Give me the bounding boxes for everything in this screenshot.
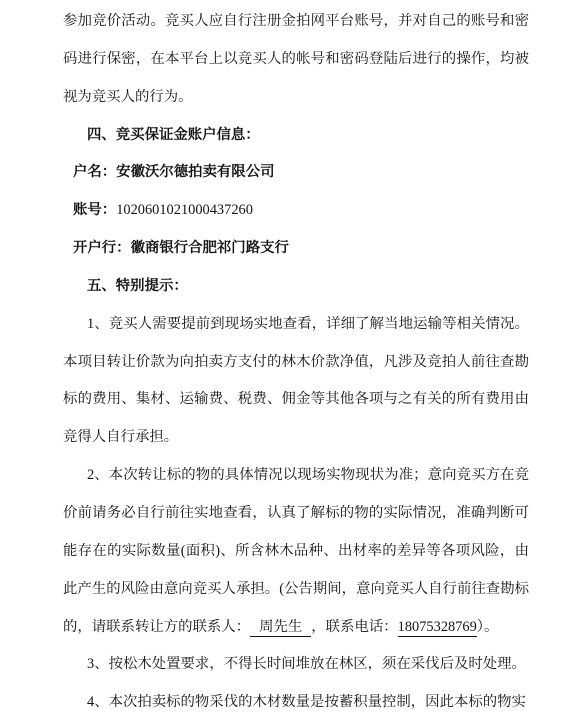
text-segment: 码进行保密，在本平台上以竞买人的帐号和密码登陆后进行的操作，均被 — [63, 51, 529, 67]
text-segment: ）。 — [477, 619, 499, 635]
text-segment: 视为竞买人的行为。 — [63, 89, 193, 105]
note-1-line: 本项目转让价款为向拍卖方支付的林木价款净值，凡涉及竞拍人前往查勘 — [63, 344, 529, 382]
document-body: 参加竞价活动。竞买人应自行注册金拍网平台账号，并对自己的账号和密码进行保密，在本… — [63, 3, 529, 722]
paragraph-continuation-line: 码进行保密，在本平台上以竞买人的帐号和密码登陆后进行的操作，均被 — [63, 41, 529, 79]
underlined-text: 周先生 — [250, 615, 311, 637]
note-1-line: 竞得人自行承担。 — [63, 419, 529, 457]
note-2-line: 此产生的风险由意向竞买人承担。(公告期间，意向竞买人自行前往查勘标 — [63, 571, 529, 609]
bank-branch-line: 开户行：徽商银行合肥祁门路支行 — [63, 230, 529, 268]
text-segment: 2、本次转让标的物的具体情况以现场实物现状为准；意向竞买方在竞 — [87, 467, 529, 483]
document-page: 参加竞价活动。竞买人应自行注册金拍网平台账号，并对自己的账号和密码进行保密，在本… — [0, 0, 588, 723]
text-segment: 参加竞价活动。竞买人应自行注册金拍网平台账号，并对自己的账号和密 — [63, 13, 529, 29]
text-segment: 此产生的风险由意向竞买人承担。(公告期间，意向竞买人自行前往查勘标 — [63, 581, 529, 597]
paragraph-continuation-line: 视为竞买人的行为。 — [63, 79, 529, 117]
text-segment: 1020601021000437260 — [116, 202, 253, 218]
text-segment: 开户行：徽商银行合肥祁门路支行 — [73, 240, 289, 256]
text-segment: 价前请务必自行前往实地查看，认真了解标的物的实际情况，准确判断可 — [63, 505, 529, 521]
section-heading-special-notes: 五、特别提示： — [63, 268, 529, 306]
note-2-line: 能存在的实际数量(面积)、所含林木品种、出材率的差异等各项风险，由 — [63, 533, 529, 571]
text-segment: ，联系电话： — [311, 619, 397, 635]
paragraph-continuation-line: 参加竞价活动。竞买人应自行注册金拍网平台账号，并对自己的账号和密 — [63, 3, 529, 41]
text-segment: 户名：安徽沃尔德拍卖有限公司 — [73, 164, 274, 180]
text-segment: 能存在的实际数量(面积)、所含林木品种、出材率的差异等各项风险，由 — [63, 543, 529, 559]
text-segment: 的，请联系转让方的联系人： — [63, 619, 250, 635]
note-2-contact-line: 的，请联系转让方的联系人：周先生，联系电话：18075328769）。 — [63, 609, 529, 647]
text-segment: 竞得人自行承担。 — [63, 429, 178, 445]
note-4-line: 4、本次拍卖标的物采伐的木材数量是按蓄积量控制，因此本标的物实 — [63, 684, 529, 722]
note-3-line: 3、按松木处置要求，不得长时间堆放在林区，须在采伐后及时处理。 — [63, 646, 529, 684]
text-segment: 账号： — [73, 202, 116, 218]
note-1-line: 1、竞买人需要提前到现场实地查看，详细了解当地运输等相关情况。 — [63, 306, 529, 344]
note-2-line: 价前请务必自行前往实地查看，认真了解标的物的实际情况，准确判断可 — [63, 495, 529, 533]
text-segment: 标的费用、集材、运输费、税费、佣金等其他各项与之有关的所有费用由 — [63, 391, 529, 407]
note-1-line: 标的费用、集材、运输费、税费、佣金等其他各项与之有关的所有费用由 — [63, 381, 529, 419]
text-segment: 四、竞买保证金账户信息： — [87, 127, 260, 143]
account-number-line: 账号：1020601021000437260 — [63, 192, 529, 230]
text-segment: 1、竞买人需要提前到现场实地查看，详细了解当地运输等相关情况。 — [87, 316, 529, 332]
section-heading-deposit-account: 四、竞买保证金账户信息： — [63, 117, 529, 155]
text-segment: 五、特别提示： — [87, 278, 188, 294]
text-segment: 本项目转让价款为向拍卖方支付的林木价款净值，凡涉及竞拍人前往查勘 — [63, 354, 529, 370]
account-name-line: 户名：安徽沃尔德拍卖有限公司 — [63, 154, 529, 192]
underlined-text: 18075328769 — [398, 619, 477, 637]
note-2-line: 2、本次转让标的物的具体情况以现场实物现状为准；意向竞买方在竞 — [63, 457, 529, 495]
text-segment: 3、按松木处置要求，不得长时间堆放在林区，须在采伐后及时处理。 — [87, 656, 526, 672]
text-segment: 4、本次拍卖标的物采伐的木材数量是按蓄积量控制，因此本标的物实 — [87, 694, 526, 710]
